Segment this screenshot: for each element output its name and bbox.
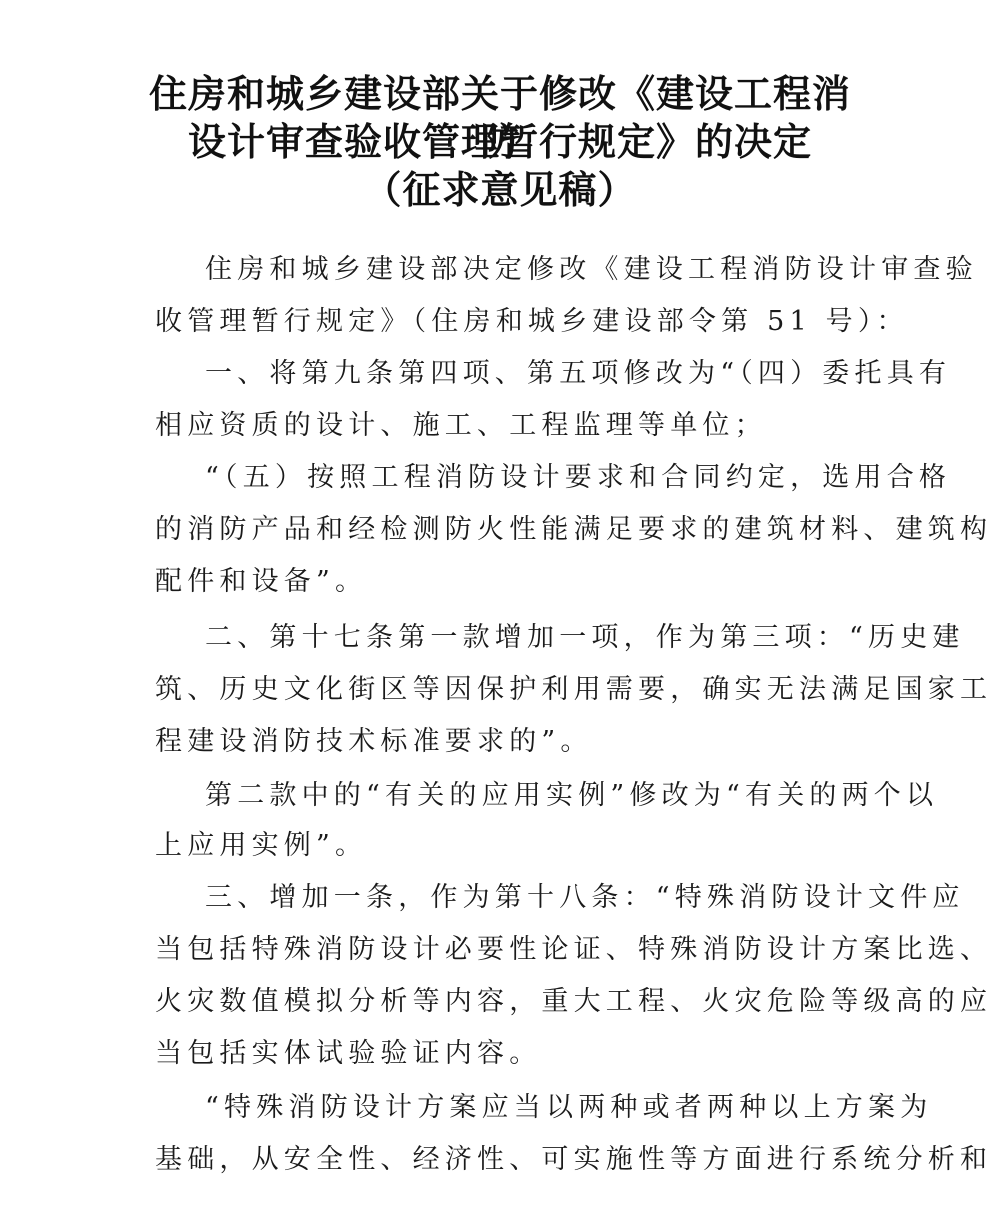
- body-line: “特殊消防设计方案应当以两种或者两种以上方案为: [205, 1090, 905, 1126]
- body-line: 住房和城乡建设部决定修改《建设工程消防设计审查验: [205, 252, 905, 288]
- body-line: “（五）按照工程消防设计要求和合同约定，选用合格: [205, 460, 905, 496]
- body-line: 上应用实例”。: [155, 828, 855, 864]
- body-line: 筑、历史文化街区等因保护利用需要，确实无法满足国家工: [155, 672, 855, 708]
- body-line: 的消防产品和经检测防火性能满足要求的建筑材料、建筑构: [155, 512, 855, 548]
- body-line: 二、第十七条第一款增加一项，作为第三项：“历史建: [205, 620, 905, 656]
- body-line: 一、将第九条第四项、第五项修改为“（四）委托具有: [205, 356, 905, 392]
- document-page: 住房和城乡建设部关于修改《建设工程消防 设计审查验收管理暂行规定》的决定 （征求…: [0, 0, 1000, 1211]
- document-title-line-2: 设计审查验收管理暂行规定》的决定: [130, 118, 870, 166]
- body-line: 收管理暂行规定》（住房和城乡建设部令第 51 号）：: [155, 304, 855, 340]
- body-line: 相应资质的设计、施工、工程监理等单位；: [155, 408, 855, 444]
- body-line: 三、增加一条，作为第十八条：“特殊消防设计文件应: [205, 880, 905, 916]
- body-line: 火灾数值模拟分析等内容，重大工程、火灾危险等级高的应: [155, 984, 855, 1020]
- body-line: 配件和设备”。: [155, 564, 855, 600]
- body-line: 第二款中的“有关的应用实例”修改为“有关的两个以: [205, 778, 905, 814]
- body-line: 当包括实体试验验证内容。: [155, 1036, 855, 1072]
- body-line: 当包括特殊消防设计必要性论证、特殊消防设计方案比选、: [155, 932, 855, 968]
- body-line: 程建设消防技术标准要求的”。: [155, 724, 855, 760]
- body-line: 基础，从安全性、经济性、可实施性等方面进行系统分析和: [155, 1142, 855, 1178]
- document-subtitle-draft: （征求意见稿）: [130, 166, 870, 214]
